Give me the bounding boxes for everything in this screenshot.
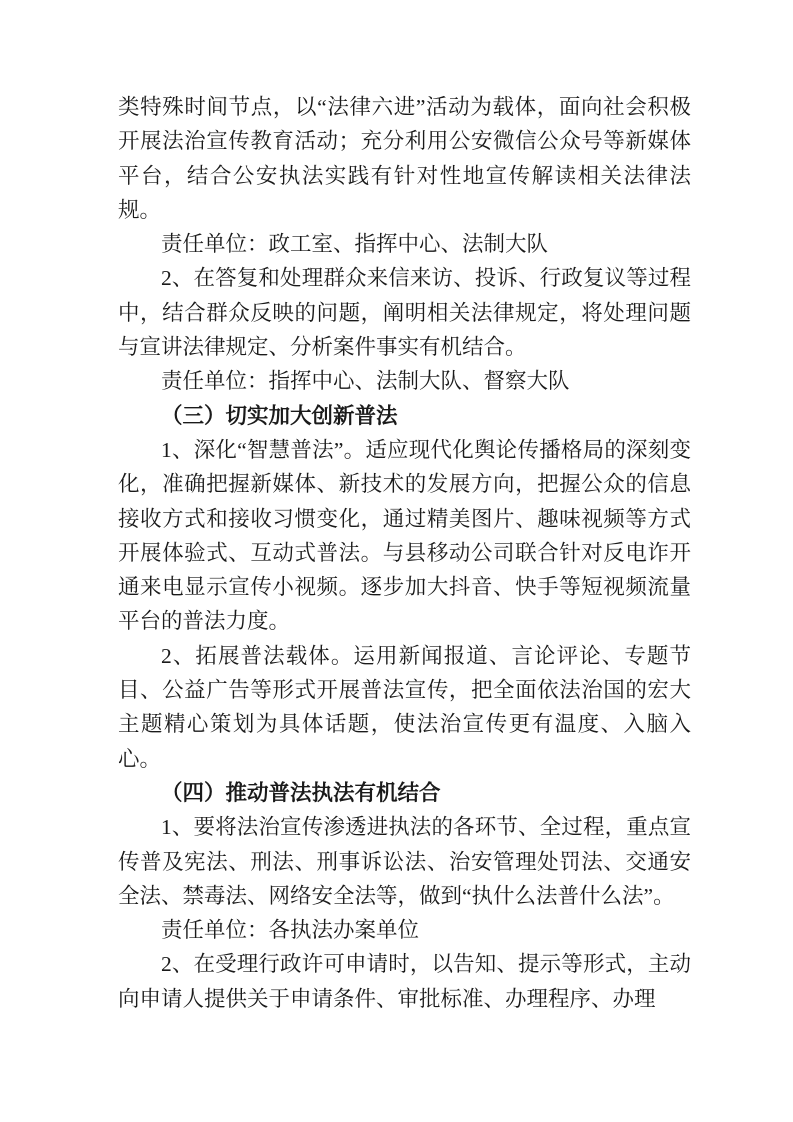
responsible-unit-line: 责任单位：政工室、指挥中心、法制大队 (118, 227, 691, 261)
paragraph-body: 1、深化“智慧普法”。适应现代化舆论传播格局的深刻变化，准确把握新媒体、新技术的… (118, 433, 691, 639)
document-body: 类特殊时间节点，以“法律六进”活动为载体，面向社会积极开展法治宣传教育活动；充分… (118, 90, 691, 1016)
responsible-unit-line: 责任单位：各执法办案单位 (118, 913, 691, 947)
document-page: 类特殊时间节点，以“法律六进”活动为载体，面向社会积极开展法治宣传教育活动；充分… (0, 0, 793, 1122)
section-heading-four: （四）推动普法执法有机结合 (118, 776, 691, 810)
paragraph-body: 2、在答复和处理群众来信来访、投诉、行政复议等过程中，结合群众反映的问题，阐明相… (118, 261, 691, 364)
paragraph-body: 2、拓展普法载体。运用新闻报道、言论评论、专题节目、公益广告等形式开展普法宣传，… (118, 639, 691, 776)
paragraph-body: 类特殊时间节点，以“法律六进”活动为载体，面向社会积极开展法治宣传教育活动；充分… (118, 90, 691, 227)
responsible-unit-line: 责任单位：指挥中心、法制大队、督察大队 (118, 364, 691, 398)
paragraph-body: 1、要将法治宣传渗透进执法的各环节、全过程，重点宣传普及宪法、刑法、刑事诉讼法、… (118, 810, 691, 913)
paragraph-body: 2、在受理行政许可申请时，以告知、提示等形式，主动向申请人提供关于申请条件、审批… (118, 947, 691, 1016)
section-heading-three: （三）切实加大创新普法 (118, 399, 691, 433)
